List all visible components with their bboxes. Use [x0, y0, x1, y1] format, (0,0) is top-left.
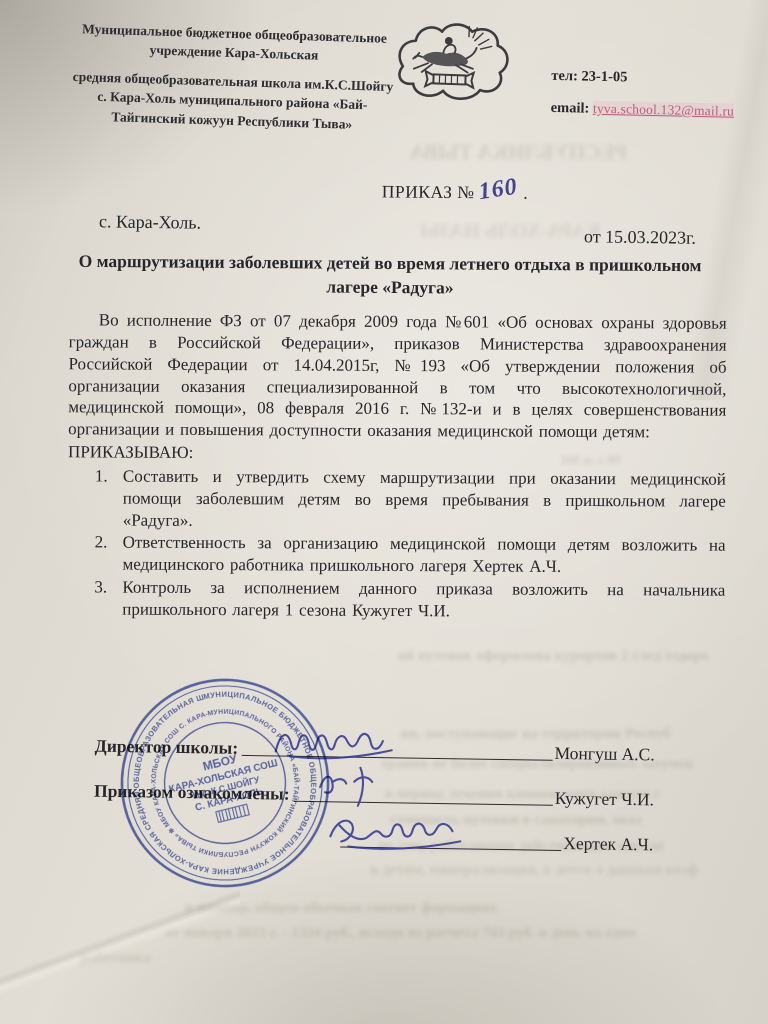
- phone-line: тел: 23-1-05: [551, 68, 756, 89]
- order-suffix: .: [523, 183, 528, 203]
- document-photo: РЕСПУБЛИКА ТЫВА КАРА-ХОЛЬ НАЗЫ 168 ж. с …: [0, 0, 768, 1024]
- order-heading: ПРИКАЗ № 160 .: [0, 174, 768, 209]
- bleedthrough-text: КАРА-ХОЛЬ НАЗЫ: [420, 220, 601, 243]
- org-name-block: Муниципальное бюджетное общеобразователь…: [70, 19, 395, 145]
- item-text: Составить и утвердить схему маршрутизаци…: [123, 465, 726, 534]
- contact-block: тел: 23-1-05 email: tyva.school.132@mail…: [551, 68, 757, 121]
- official-round-stamp: МУНИЦИПАЛЬНОЕ БЮДЖЕТНОЕ ОБЩЕОБРАЗОВАТЕЛЬ…: [93, 651, 357, 915]
- email-label: email:: [551, 100, 590, 117]
- item-number: 3.: [67, 576, 122, 620]
- order-item-2: 2. Ответственность за организацию медици…: [67, 532, 725, 579]
- tuva-horseman-emblem-icon: [386, 16, 515, 112]
- document-title: О маршрутизации заболевших детей во врем…: [66, 249, 714, 302]
- command-word: ПРИКАЗЫВАЮ:: [68, 441, 726, 466]
- bleedthrough-text: в помощь общем обычная соответ формациях: [185, 900, 497, 917]
- signature-line: [340, 820, 561, 850]
- signature-name: Хертек А.Ч.: [563, 833, 653, 855]
- place-line: с. Кара-Холь.: [99, 211, 201, 233]
- signature-name: Кужугет Ч.И.: [555, 788, 655, 811]
- bleedthrough-text: от января 2023 г. - 1354 руб., исходя из…: [165, 925, 636, 942]
- email-link[interactable]: tyva.school.132@mail.ru: [593, 101, 734, 119]
- org-name-top: Муниципальное бюджетное общеобразователь…: [73, 19, 396, 67]
- order-label: ПРИКАЗ №: [382, 181, 475, 202]
- order-items-list: 1. Составить и утвердить схему маршрутиз…: [67, 465, 726, 623]
- bleedthrough-text: ой путевок оформлена курортов 2 след озд…: [398, 648, 709, 665]
- document-body: Во исполнение ФЗ от 07 декабря 2009 года…: [67, 309, 727, 624]
- order-item-3: 3. Контроль за исполнением данного прика…: [67, 576, 725, 623]
- item-number: 2.: [67, 532, 122, 576]
- item-text: Ответственность за организацию медицинск…: [122, 532, 725, 579]
- date-line: от 15.03.2023г.: [584, 226, 696, 249]
- item-number: 1.: [68, 465, 123, 531]
- body-paragraph: Во исполнение ФЗ от 07 декабря 2009 года…: [68, 309, 727, 444]
- order-number-handwritten: 160: [477, 174, 520, 206]
- org-name-bottom: средняя общеобразовательная школа им.К.С…: [71, 67, 395, 135]
- order-item-1: 1. Составить и утвердить схему маршрутиз…: [68, 465, 726, 534]
- bleedthrough-text: работника: [80, 950, 151, 967]
- bleedthrough-text: РЕСПУБЛИКА ТЫВА: [410, 140, 627, 165]
- item-text: Контроль за исполнением данного приказа …: [122, 577, 725, 624]
- email-line: email: tyva.school.132@mail.ru: [551, 100, 756, 121]
- signature-name: Монгуш А.С.: [554, 743, 654, 766]
